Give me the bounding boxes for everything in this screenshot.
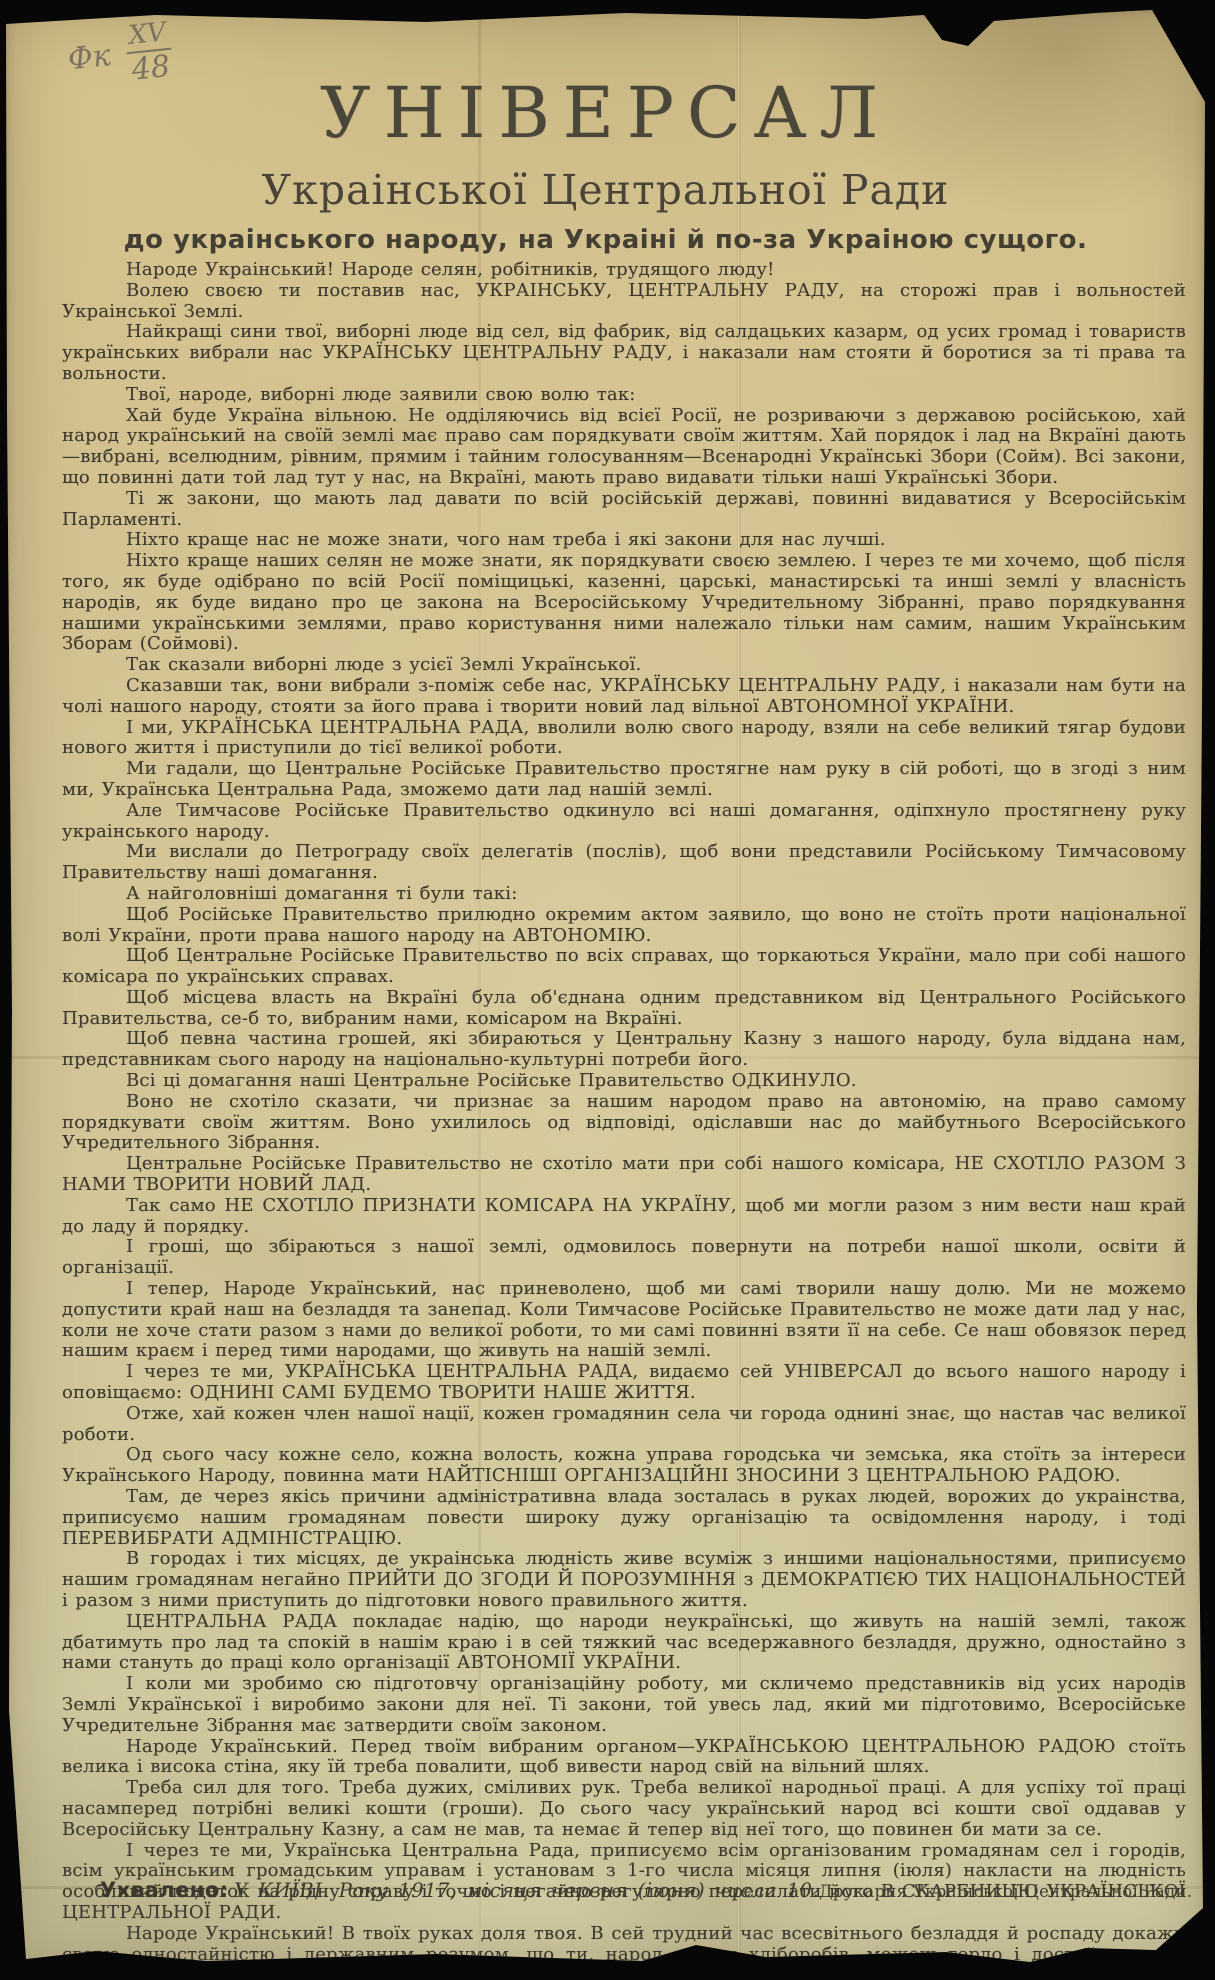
- paragraph-6: Ті ж закони, що мають лад давати по всій…: [62, 489, 1186, 531]
- paragraph-12: Ми гадали, що Центральне Російське Прави…: [62, 759, 1186, 801]
- document-footer: Ухвалено: У КИЇВІ. Року 1917, місяця чер…: [62, 1878, 1140, 1902]
- approved-date-text: У КИЇВІ. Року 1917, місяця червня (іюня)…: [234, 1879, 819, 1902]
- paragraph-11: І ми, УКРАЇНСЬКА ЦЕНТРАЛЬНА РАДА, вволил…: [62, 718, 1186, 760]
- paragraph-30: В городах і тих місцях, де украінська лю…: [62, 1549, 1186, 1611]
- approval-line: Ухвалено: У КИЇВІ. Року 1917, місяця чер…: [100, 1878, 819, 1902]
- paragraph-27: Отже, хай кожен член нашої нації, кожен …: [62, 1404, 1186, 1446]
- paragraph-10: Сказавши так, вони вибрали з-поміж себе …: [62, 676, 1186, 718]
- paragraph-23: Так само НЕ СХОТІЛО ПРИЗНАТИ КОМІСАРА НА…: [62, 1196, 1186, 1238]
- paragraph-5: Хай буде Україна вільною. Не одділяючись…: [62, 406, 1186, 489]
- printer-imprint: Друкарня Украінської Центральної Ради.: [819, 1882, 1192, 1901]
- document-sheet: Фк XV 48 УНІВЕРСАЛ Украінської Центральн…: [6, 10, 1205, 1968]
- document-title: УНІВЕРСАЛ: [6, 78, 1205, 148]
- paragraph-7: Ніхто краще нас не може знати, чого нам …: [62, 530, 1186, 551]
- paragraph-18: Щоб місцева власть на Вкраїні була об'єд…: [62, 988, 1186, 1030]
- document-subtitle: Украінської Центральної Ради: [6, 170, 1205, 211]
- paragraph-13: Але Тимчасове Російське Правительство од…: [62, 801, 1186, 843]
- document-address-line: до украінського народу, на Украіні й по-…: [6, 227, 1205, 254]
- scan-backdrop: { "colors": { "backdrop": "#070707", "pa…: [0, 0, 1215, 1980]
- paragraph-21: Воно не схотіло сказати, чи признає за н…: [62, 1092, 1186, 1154]
- paragraph-25: І тепер, Народе Український, нас принево…: [62, 1279, 1186, 1362]
- paragraph-16: Щоб Російське Правительство прилюдно окр…: [62, 905, 1186, 947]
- paragraph-31: ЦЕНТРАЛЬНА РАДА покладає надію, що народ…: [62, 1612, 1186, 1674]
- paragraph-1: Народе Украінський! Народе селян, робітн…: [62, 260, 1186, 281]
- paragraph-34: Треба сил для того. Треба дужих, сміливи…: [62, 1778, 1186, 1840]
- paragraph-19: Щоб певна частина грошей, які збираються…: [62, 1029, 1186, 1071]
- paragraph-22: Центральне Російське Правительство не сх…: [62, 1154, 1186, 1196]
- paragraph-20: Всі ці домагання наші Центральне Російсь…: [62, 1071, 1186, 1092]
- paragraph-26: І через те ми, УКРАЇНСЬКА ЦЕНТРАЛЬНА РАД…: [62, 1362, 1186, 1404]
- paragraph-29: Там, де через якісь причини адміністрати…: [62, 1487, 1186, 1549]
- paragraph-36: Народе Український! В твоїх руках доля т…: [62, 1924, 1186, 1980]
- masthead: УНІВЕРСАЛ Украінської Центральної Ради д…: [6, 10, 1205, 254]
- paragraph-8: Ніхто краще наших селян не може знати, я…: [62, 551, 1186, 655]
- paragraph-14: Ми вислали до Петрограду своїх делегатів…: [62, 842, 1186, 884]
- paragraph-28: Од сього часу кожне село, кожна волость,…: [62, 1445, 1186, 1487]
- paragraph-24: І гроші, що збіраються з нашої землі, од…: [62, 1237, 1186, 1279]
- approved-label: Ухвалено:: [100, 1878, 229, 1902]
- paragraph-4: Твої, народе, виборні люде заявили свою …: [62, 385, 1186, 406]
- paragraph-32: І коли ми зробимо сю підготовчу організа…: [62, 1674, 1186, 1736]
- paragraph-33: Народе Український. Перед твоїм вибраним…: [62, 1737, 1186, 1779]
- paragraph-2: Волею своєю ти поставив нас, УКРАІНСЬКУ,…: [62, 281, 1186, 323]
- document-body: Народе Украінський! Народе селян, робітн…: [62, 260, 1186, 1980]
- paragraph-9: Так сказали виборні люде з усієї Землі У…: [62, 655, 1186, 676]
- paragraph-3: Найкращі сини твої, виборні люде від сел…: [62, 322, 1186, 384]
- paragraph-15: А найголовніші домагання ті були такі:: [62, 884, 1186, 905]
- paragraph-17: Щоб Центральне Російське Правительство п…: [62, 946, 1186, 988]
